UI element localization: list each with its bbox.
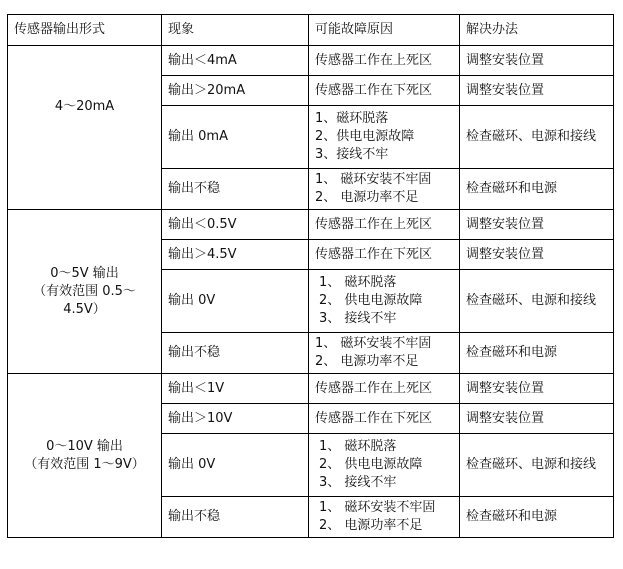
header-solution: 解决办法 bbox=[460, 15, 614, 46]
phenomenon-cell: 输出不稳 bbox=[162, 497, 309, 538]
phenomenon-cell: 输出＞4.5V bbox=[162, 240, 309, 270]
header-row: 传感器输出形式 现象 可能故障原因 解决办法 bbox=[8, 15, 614, 46]
cause-item: 2、供电电源故障 bbox=[315, 128, 453, 146]
cause-item: 3、接线不牢 bbox=[315, 146, 453, 164]
phenomenon-cell: 输出＜4mA bbox=[162, 46, 309, 76]
output-form-line: 0～5V 输出 bbox=[14, 265, 155, 283]
solution-cell: 调整安装位置 bbox=[460, 404, 614, 434]
solution-cell: 调整安装位置 bbox=[460, 240, 614, 270]
cause-cell: 1、磁环脱落 2、供电电源故障 3、接线不牢 bbox=[309, 106, 460, 169]
output-form-line: （有效范围 1～9V） bbox=[14, 456, 155, 474]
phenomenon-cell: 输出＜0.5V bbox=[162, 210, 309, 240]
cause-cell: 1、 磁环安装不牢固 2、 电源功率不足 bbox=[309, 169, 460, 210]
cause-cell: 1、 磁环脱落 2、 供电电源故障 3、 接线不牢 bbox=[309, 434, 460, 497]
cause-item: 2、 电源功率不足 bbox=[315, 353, 453, 371]
phenomenon-cell: 输出＞10V bbox=[162, 404, 309, 434]
solution-cell: 调整安装位置 bbox=[460, 76, 614, 106]
cause-cell: 传感器工作在下死区 bbox=[309, 240, 460, 270]
solution-cell: 调整安装位置 bbox=[460, 374, 614, 404]
table-row: 4～20mA 输出＜4mA 传感器工作在上死区 调整安装位置 bbox=[8, 46, 614, 76]
cause-cell: 1、 磁环安装不牢固 2、 电源功率不足 bbox=[309, 333, 460, 374]
cause-cell: 传感器工作在上死区 bbox=[309, 374, 460, 404]
phenomenon-cell: 输出不稳 bbox=[162, 169, 309, 210]
solution-cell: 检查磁环和电源 bbox=[460, 497, 614, 538]
solution-cell: 检查磁环和电源 bbox=[460, 333, 614, 374]
cause-item: 2、 电源功率不足 bbox=[315, 189, 453, 207]
cause-cell: 传感器工作在上死区 bbox=[309, 210, 460, 240]
fault-table: 传感器输出形式 现象 可能故障原因 解决办法 4～20mA 输出＜4mA 传感器… bbox=[7, 14, 614, 538]
cause-item: 3、 接线不牢 bbox=[319, 310, 453, 328]
output-form-line: 4.5V） bbox=[14, 301, 155, 319]
table-row: 0～10V 输出 （有效范围 1～9V） 输出＜1V 传感器工作在上死区 调整安… bbox=[8, 374, 614, 404]
cause-item: 2、 电源功率不足 bbox=[319, 517, 453, 535]
cause-cell: 传感器工作在下死区 bbox=[309, 404, 460, 434]
solution-cell: 检查磁环和电源 bbox=[460, 169, 614, 210]
solution-cell: 调整安装位置 bbox=[460, 46, 614, 76]
output-form-line: （有效范围 0.5～ bbox=[14, 283, 155, 301]
cause-item: 1、 磁环安装不牢固 bbox=[315, 171, 453, 189]
solution-cell: 检查磁环、电源和接线 bbox=[460, 270, 614, 333]
phenomenon-cell: 输出 0V bbox=[162, 270, 309, 333]
output-form-cell: 0～10V 输出 （有效范围 1～9V） bbox=[8, 374, 162, 538]
header-possible-cause: 可能故障原因 bbox=[309, 15, 460, 46]
cause-cell: 传感器工作在下死区 bbox=[309, 76, 460, 106]
cause-item: 3、 接线不牢 bbox=[319, 474, 453, 492]
cause-cell: 1、 磁环安装不牢固 2、 电源功率不足 bbox=[309, 497, 460, 538]
solution-cell: 检查磁环、电源和接线 bbox=[460, 434, 614, 497]
table-row: 0～5V 输出 （有效范围 0.5～ 4.5V） 输出＜0.5V 传感器工作在上… bbox=[8, 210, 614, 240]
solution-cell: 调整安装位置 bbox=[460, 210, 614, 240]
cause-item: 1、 磁环安装不牢固 bbox=[315, 335, 453, 353]
cause-item: 1、 磁环脱落 bbox=[319, 438, 453, 456]
output-form-line: 4～20mA bbox=[14, 98, 155, 116]
phenomenon-cell: 输出＞20mA bbox=[162, 76, 309, 106]
cause-item: 2、 供电电源故障 bbox=[319, 456, 453, 474]
cause-item: 1、 磁环安装不牢固 bbox=[319, 499, 453, 517]
solution-cell: 检查磁环、电源和接线 bbox=[460, 106, 614, 169]
phenomenon-cell: 输出＜1V bbox=[162, 374, 309, 404]
phenomenon-cell: 输出不稳 bbox=[162, 333, 309, 374]
header-phenomenon: 现象 bbox=[162, 15, 309, 46]
phenomenon-cell: 输出 0mA bbox=[162, 106, 309, 169]
cause-cell: 1、 磁环脱落 2、 供电电源故障 3、 接线不牢 bbox=[309, 270, 460, 333]
cause-item: 2、 供电电源故障 bbox=[319, 292, 453, 310]
output-form-cell: 4～20mA bbox=[8, 46, 162, 210]
phenomenon-cell: 输出 0V bbox=[162, 434, 309, 497]
cause-item: 1、磁环脱落 bbox=[315, 110, 453, 128]
header-output-form: 传感器输出形式 bbox=[8, 15, 162, 46]
cause-cell: 传感器工作在上死区 bbox=[309, 46, 460, 76]
output-form-line: 0～10V 输出 bbox=[14, 438, 155, 456]
cause-item: 1、 磁环脱落 bbox=[319, 274, 453, 292]
output-form-cell: 0～5V 输出 （有效范围 0.5～ 4.5V） bbox=[8, 210, 162, 374]
